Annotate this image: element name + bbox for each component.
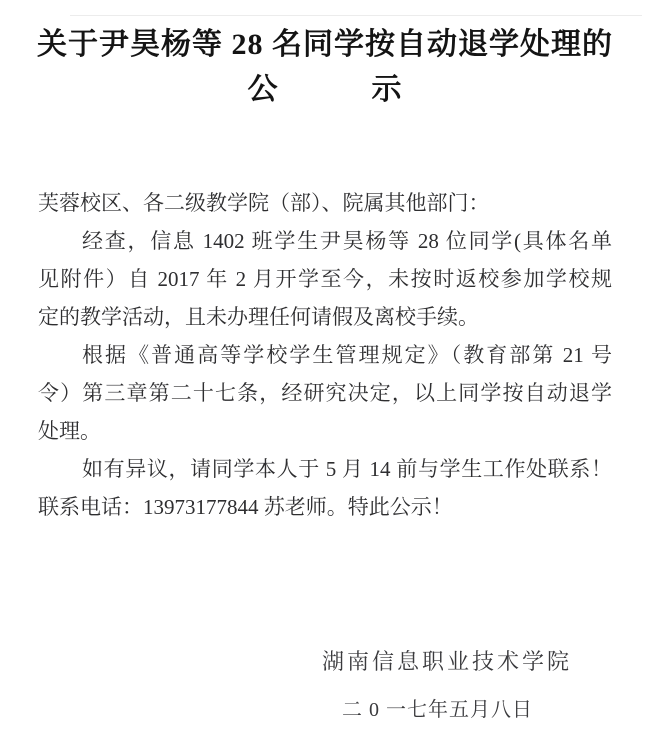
notice-title: 关于尹昊杨等 28 名同学按自动退学处理的 公 示 bbox=[0, 22, 650, 112]
scan-edge-artifact bbox=[70, 15, 642, 16]
body-line: 定的教学活动，且未办理任何请假及离校手续。 bbox=[38, 298, 612, 336]
body-line: 处理。 bbox=[38, 412, 612, 450]
body-line: 根据《普通高等学校学生管理规定》（教育部第 21 号 bbox=[38, 336, 612, 374]
notice-body: 芙蓉校区、各二级教学院（部）、院属其他部门： 经查，信息 1402 班学生尹昊杨… bbox=[38, 184, 612, 526]
body-line: 如有异议，请同学本人于 5 月 14 前与学生工作处联系！ bbox=[38, 450, 612, 488]
body-line: 令）第三章第二十七条，经研究决定，以上同学按自动退学 bbox=[38, 374, 612, 412]
notice-document-page: 关于尹昊杨等 28 名同学按自动退学处理的 公 示 芙蓉校区、各二级教学院（部）… bbox=[0, 0, 650, 740]
salutation-line: 芙蓉校区、各二级教学院（部）、院属其他部门： bbox=[38, 184, 612, 222]
issuer-name: 湖南信息职业技术学院 bbox=[322, 645, 572, 676]
body-line: 联系电话：13973177844 苏老师。特此公示！ bbox=[38, 488, 612, 526]
notice-title-line1: 关于尹昊杨等 28 名同学按自动退学处理的 bbox=[0, 22, 650, 67]
notice-title-line2: 公 示 bbox=[0, 67, 650, 112]
body-line: 经查，信息 1402 班学生尹昊杨等 28 位同学(具体名单 bbox=[38, 222, 612, 260]
body-line: 见附件）自 2017 年 2 月开学至今，未按时返校参加学校规 bbox=[38, 260, 612, 298]
issue-date: 二 0 一七年五月八日 bbox=[342, 693, 533, 722]
